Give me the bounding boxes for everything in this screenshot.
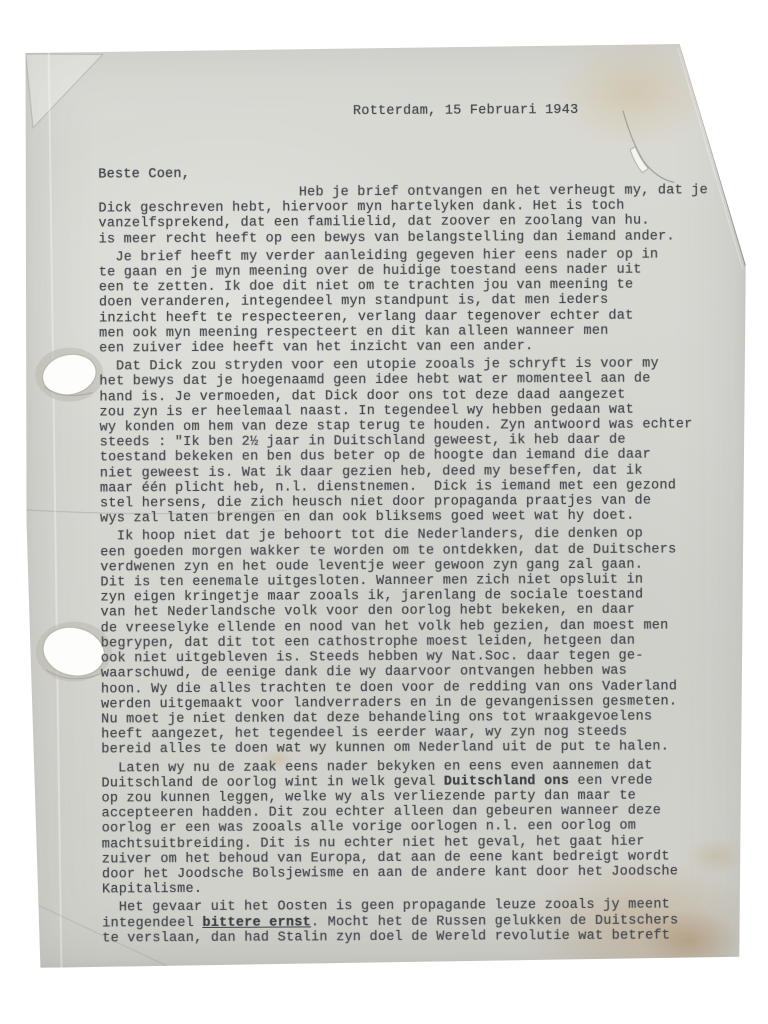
tear-gap <box>630 147 648 173</box>
scanned-letter-photo: Rotterdam, 15 Februari 1943 Beste Coen, … <box>0 0 768 1024</box>
letter-body: Heb je brief ontvangen en het verheugt m… <box>98 183 732 949</box>
letter-paper: Rotterdam, 15 Februari 1943 Beste Coen, … <box>23 38 750 968</box>
paragraph: Je brief heeft my verder aanleiding gege… <box>99 247 730 357</box>
letter-salutation: Beste Coen, <box>98 167 190 182</box>
paragraph: Laten wy nu de zaak eens nader bekyken e… <box>101 758 732 898</box>
paragraph: Het gevaar uit het Oosten is geen propag… <box>102 898 732 947</box>
paragraph: Heb je brief ontvangen en het verheugt m… <box>98 183 728 247</box>
corner-fold <box>26 53 103 127</box>
letter-dateline: Rotterdam, 15 Februari 1943 <box>353 103 579 119</box>
emphasized-text: bittere ernst <box>202 915 311 931</box>
punch-hole-top <box>35 347 103 401</box>
vertical-crease <box>49 42 62 968</box>
emphasized-text: Duitschland ons <box>444 774 569 790</box>
paragraph: Ik hoop niet dat je behoort tot die Nede… <box>100 527 731 758</box>
tear-mark <box>623 110 674 182</box>
paragraph: Dat Dick zou stryden voor een utopie zoo… <box>99 356 730 527</box>
